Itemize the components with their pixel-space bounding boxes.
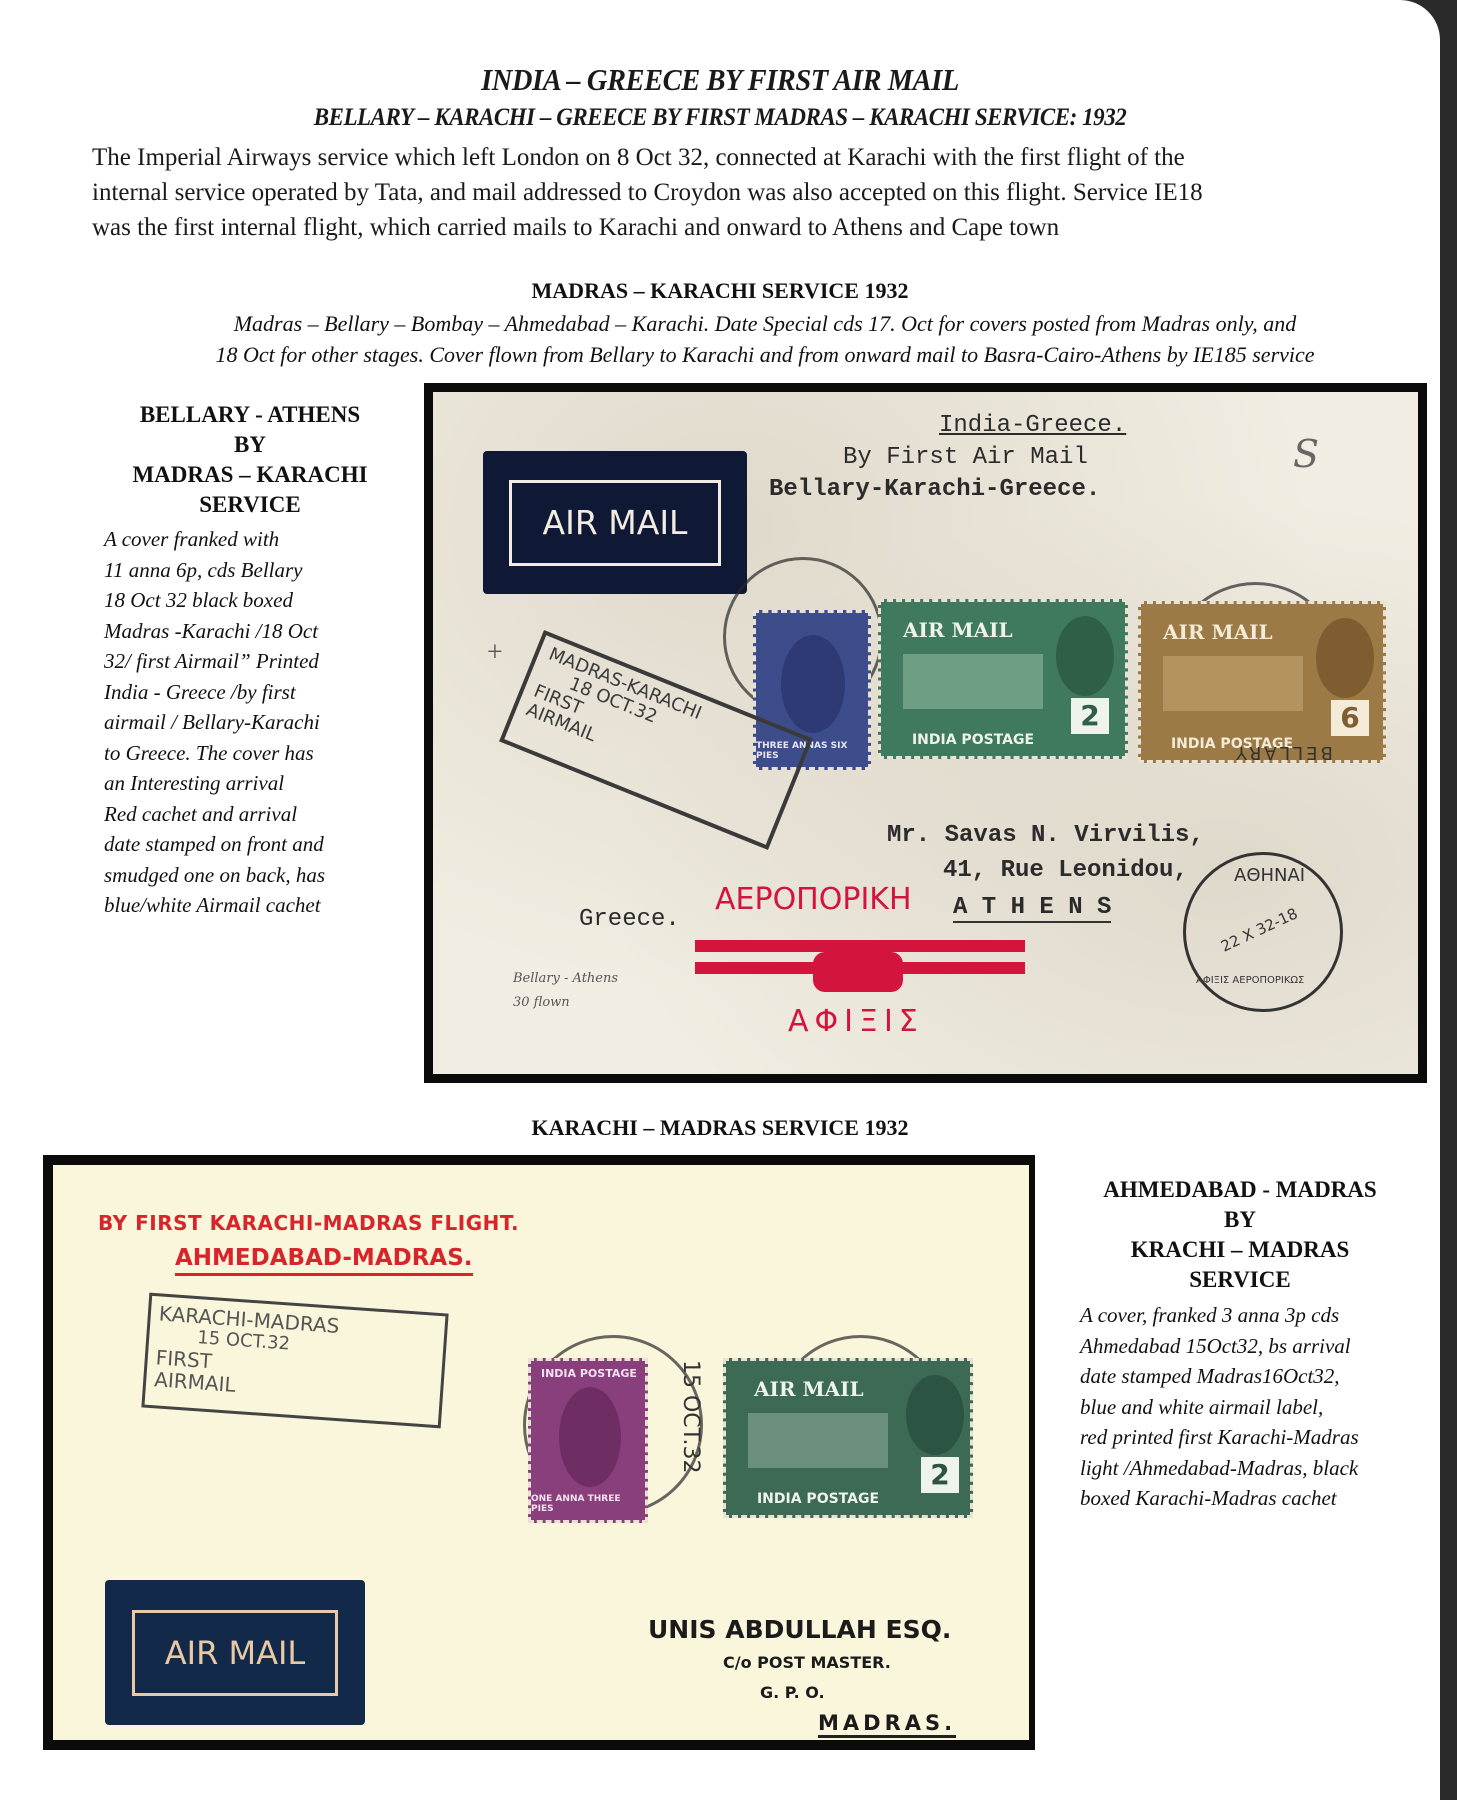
- address-line: Mr. Savas N. Virvilis,: [887, 822, 1204, 849]
- side-body-line: 11 anna 6p, cds Bellary: [104, 555, 414, 586]
- athens-arrival-postmark: ΑΘΗΝΑΙ 22 X 32-18 ΑΦΙΞΙΣ ΑΕΡΟΠΟΡΙΚΩΣ: [1183, 852, 1343, 1012]
- section1-description: Madras – Bellary – Bombay – Ahmedabad – …: [90, 308, 1440, 370]
- section1-heading: MADRAS – KARACHI SERVICE 1932: [0, 278, 1440, 304]
- stamp-caption: AIR MAIL: [903, 618, 1013, 642]
- side-body-line: Ahmedabad 15Oct32, bs arrival: [1080, 1331, 1450, 1362]
- postmark-date: 15 OCT.32: [678, 1360, 703, 1473]
- side-body-line: Madras -Karachi /18 Oct: [104, 616, 414, 647]
- king-portrait-icon: [1316, 618, 1374, 698]
- stamp-caption: AIR MAIL: [1163, 620, 1273, 644]
- country-line: Greece.: [579, 906, 680, 933]
- stamp-value: 6: [1331, 700, 1369, 736]
- red-printed-line: AHMEDABAD-MADRAS.: [175, 1245, 473, 1276]
- section2-heading: KARACHI – MADRAS SERVICE 1932: [0, 1115, 1440, 1141]
- pencil-note-line: 30 flown: [513, 991, 618, 1015]
- address-line: A T H E N S: [953, 894, 1111, 923]
- desc-line: Madras – Bellary – Bombay – Ahmedabad – …: [90, 308, 1440, 339]
- page-title: INDIA – GREECE BY FIRST AIR MAIL: [58, 62, 1383, 98]
- side-body-line: 18 Oct 32 black boxed: [104, 585, 414, 616]
- bellary-postmark-text: BELLARY: [1233, 742, 1333, 763]
- king-portrait-icon: [781, 635, 845, 733]
- biplane-icon: [903, 654, 1043, 709]
- cover-bellary-athens: AIR MAIL India-Greece. By First Air Mail…: [424, 383, 1427, 1083]
- side-heading-line: KRACHI – MADRAS: [1070, 1235, 1410, 1265]
- postmark-text: ΑΦΙΞΙΣ ΑΕΡΟΠΟΡΙΚΩΣ: [1196, 975, 1304, 986]
- side-heading-line: BY: [100, 430, 400, 460]
- king-portrait-icon: [906, 1375, 964, 1455]
- side-body-line: smudged one on back, has: [104, 860, 414, 891]
- side-heading-line: BELLARY - ATHENS: [100, 400, 400, 430]
- typed-line: India-Greece.: [939, 412, 1126, 439]
- biplane-icon: [1163, 656, 1303, 711]
- biplane-icon: [748, 1413, 888, 1468]
- address-line: G. P. O.: [760, 1683, 825, 1702]
- side-body-line: A cover franked with: [104, 524, 414, 555]
- side-body-line: airmail / Bellary-Karachi: [104, 707, 414, 738]
- side-body-line: Red cachet and arrival: [104, 799, 414, 830]
- cross-mark: +: [487, 637, 503, 669]
- section1-side-body: A cover franked with 11 anna 6p, cds Bel…: [104, 524, 414, 921]
- stamp-caption: ONE ANNA THREE PIES: [531, 1494, 645, 1514]
- side-body-line: date stamped Madras16Oct32,: [1080, 1361, 1450, 1392]
- typed-line: By First Air Mail: [843, 444, 1088, 471]
- address-line: 41, Rue Leonidou,: [943, 857, 1188, 884]
- side-body-line: blue and white airmail label,: [1080, 1392, 1450, 1423]
- side-body-line: red printed first Karachi-Madras: [1080, 1422, 1450, 1453]
- greek-cachet-top: ΑΕΡΟΠΟΡΙΚΗ: [715, 882, 912, 917]
- stamp-value: 2: [1071, 698, 1109, 734]
- side-body-line: light /Ahmedabad-Madras, black: [1080, 1453, 1450, 1484]
- stamp-caption: INDIA POSTAGE: [757, 1491, 879, 1507]
- pencil-mark: S: [1293, 432, 1319, 476]
- address-line: MADRAS.: [818, 1711, 956, 1738]
- side-body-line: India - Greece /by first: [104, 677, 414, 708]
- typed-line: Bellary-Karachi-Greece.: [769, 476, 1100, 503]
- stamp-caption: INDIA POSTAGE: [541, 1367, 637, 1380]
- postmark-text: ΑΘΗΝΑΙ: [1234, 865, 1305, 886]
- king-portrait-icon: [559, 1387, 621, 1487]
- postmark-date: 22 X 32-18: [1218, 904, 1300, 955]
- cover-ahmedabad-madras: BY FIRST KARACHI-MADRAS FLIGHT. AHMEDABA…: [43, 1155, 1035, 1750]
- stamp-2-annas: AIR MAIL 2 INDIA POSTAGE: [723, 1358, 973, 1518]
- side-body-line: boxed Karachi-Madras cachet: [1080, 1483, 1450, 1514]
- side-heading-line: BY: [1070, 1205, 1410, 1235]
- airmail-label-text: AIR MAIL: [509, 480, 721, 566]
- stamp-1a3p: INDIA POSTAGE ONE ANNA THREE PIES: [528, 1358, 648, 1523]
- pencil-note-line: Bellary - Athens: [513, 967, 618, 991]
- side-heading-line: SERVICE: [1070, 1265, 1410, 1295]
- stamp-value: 2: [921, 1457, 959, 1493]
- section2-side-heading: AHMEDABAD - MADRAS BY KRACHI – MADRAS SE…: [1070, 1175, 1410, 1295]
- stamp-caption: INDIA POSTAGE: [912, 732, 1034, 748]
- biplane-red-icon: [813, 952, 903, 992]
- intro-line: was the first internal flight, which car…: [92, 210, 1422, 245]
- album-page: INDIA – GREECE BY FIRST AIR MAIL BELLARY…: [0, 0, 1440, 1800]
- desc-line: 18 Oct for other stages. Cover flown fro…: [90, 339, 1440, 370]
- karachi-madras-boxed-cachet: KARACHI-MADRAS 15 OCT.32 FIRST AIRMAIL: [141, 1293, 448, 1429]
- intro-paragraph: The Imperial Airways service which left …: [92, 140, 1422, 245]
- pencil-note: Bellary - Athens 30 flown: [513, 967, 618, 1015]
- side-body-line: 32/ first Airmail” Printed: [104, 646, 414, 677]
- section2-side-body: A cover, franked 3 anna 3p cds Ahmedabad…: [1080, 1300, 1450, 1514]
- airmail-label-text: AIR MAIL: [132, 1610, 338, 1696]
- address-line: C/o POST MASTER.: [723, 1653, 891, 1672]
- side-body-line: an Interesting arrival: [104, 768, 414, 799]
- section1-side-heading: BELLARY - ATHENS BY MADRAS – KARACHI SER…: [100, 400, 400, 520]
- side-heading-line: MADRAS – KARACHI: [100, 460, 400, 490]
- side-body-line: A cover, franked 3 anna 3p cds: [1080, 1300, 1450, 1331]
- intro-line: internal service operated by Tata, and m…: [92, 175, 1422, 210]
- page-subtitle: BELLARY – KARACHI – GREECE BY FIRST MADR…: [58, 104, 1383, 132]
- intro-line: The Imperial Airways service which left …: [92, 140, 1422, 175]
- greek-cachet-bottom: ΑΦΙΞΙΣ: [788, 1004, 924, 1039]
- red-printed-line: BY FIRST KARACHI-MADRAS FLIGHT.: [98, 1211, 519, 1235]
- airmail-label: AIR MAIL: [105, 1580, 365, 1725]
- side-body-line: date stamped on front and: [104, 829, 414, 860]
- address-line: UNIS ABDULLAH ESQ.: [648, 1615, 951, 1644]
- side-body-line: to Greece. The cover has: [104, 738, 414, 769]
- side-heading-line: AHMEDABAD - MADRAS: [1070, 1175, 1410, 1205]
- airmail-label: AIR MAIL: [483, 451, 747, 594]
- stamp-caption: AIR MAIL: [754, 1377, 864, 1401]
- side-heading-line: SERVICE: [100, 490, 400, 520]
- king-portrait-icon: [1056, 616, 1114, 696]
- side-body-line: blue/white Airmail cachet: [104, 890, 414, 921]
- stamp-6-annas: AIR MAIL 6 INDIA POSTAGE: [1138, 601, 1386, 763]
- stamp-2-annas: AIR MAIL 2 INDIA POSTAGE: [878, 599, 1128, 759]
